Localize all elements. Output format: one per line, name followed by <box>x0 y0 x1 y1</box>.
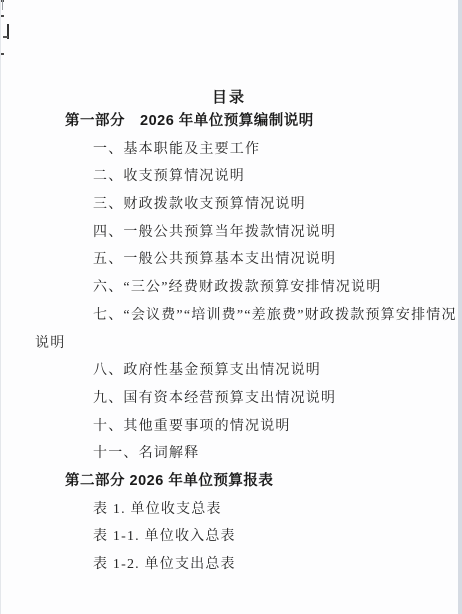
toc-table-1-2: 表 1-2. 单位支出总表 <box>0 551 458 579</box>
toc-item-7-line1: 七、“会议费”“培训费”“差旅费”财政拨款预算安排情况 <box>0 302 458 330</box>
toc-item-2: 二、收支预算情况说明 <box>0 163 458 191</box>
page-right-edge <box>458 0 462 614</box>
toc-part1-heading: 第一部分 2026 年单位预算编制说明 <box>0 108 458 136</box>
page-title: 目录 <box>0 86 458 107</box>
toc-item-7-line2: 说明 <box>0 330 458 358</box>
toc-item-4: 四、一般公共预算当年拨款情况说明 <box>0 219 458 247</box>
toc-table-1-1: 表 1-1. 单位收入总表 <box>0 523 458 551</box>
table-of-contents: 第一部分 2026 年单位预算编制说明 一、基本职能及主要工作 二、收支预算情况… <box>0 108 458 579</box>
toc-part2-heading: 第二部分 2026 年单位预算报表 <box>0 468 458 496</box>
toc-item-9: 九、国有资本经营预算支出情况说明 <box>0 385 458 413</box>
scan-artifact <box>2 0 3 10</box>
toc-item-1: 一、基本职能及主要工作 <box>0 136 458 164</box>
toc-item-10: 十、其他重要事项的情况说明 <box>0 413 458 441</box>
toc-item-6: 六、“三公”经费财政拨款预算安排情况说明 <box>0 274 458 302</box>
toc-item-3: 三、财政拨款收支预算情况说明 <box>0 191 458 219</box>
scan-artifact <box>3 36 8 38</box>
toc-item-11: 十一、名词解释 <box>0 440 458 468</box>
toc-item-8: 八、政府性基金预算支出情况说明 <box>0 357 458 385</box>
toc-table-1: 表 1. 单位收支总表 <box>0 496 458 524</box>
toc-item-5: 五、一般公共预算基本支出情况说明 <box>0 246 458 274</box>
document-page: 目录 第一部分 2026 年单位预算编制说明 一、基本职能及主要工作 二、收支预… <box>0 0 462 614</box>
